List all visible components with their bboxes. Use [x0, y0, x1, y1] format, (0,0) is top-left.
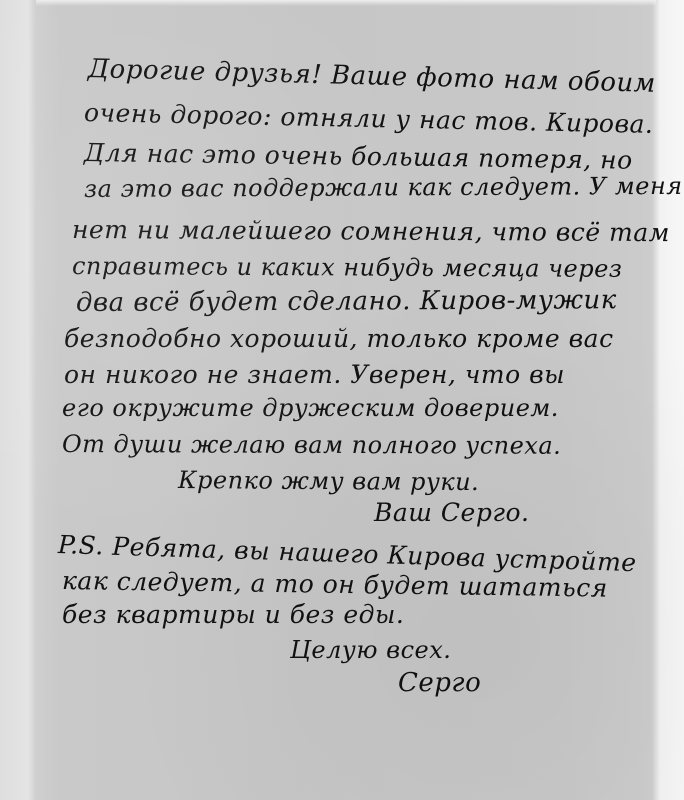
- letter-body-line: безподобно хороший, только кроме вас: [64, 324, 614, 353]
- letter-greeting: Дорогие друзья! Ваше фото нам обоим: [88, 54, 657, 99]
- letter-body-line: его окружите дружеским доверием.: [62, 394, 559, 422]
- letter-body-line: справитесь и каких нибудь месяца через: [72, 252, 623, 283]
- letter-body-line: очень дорого: отняли у нас тов. Кирова.: [84, 98, 654, 139]
- letter-body-line: Для нас это очень большая потеря, но: [84, 138, 633, 175]
- paper-top-edge: [36, 0, 656, 6]
- letter-final-signature: Серго: [398, 668, 481, 698]
- letter-body-line: От души желаю вам полного успеха.: [62, 430, 561, 460]
- letter-signature: Ваш Серго.: [374, 498, 529, 527]
- letter-body-line: он никого не знает. Уверен, что вы: [64, 360, 565, 389]
- postscript-line: как следует, а то он будет шататься: [62, 566, 608, 603]
- letter-page: Дорогие друзья! Ваше фото нам обоим очен…: [0, 0, 684, 800]
- letter-body-line: нет ни малейшего сомнения, что всё там: [72, 215, 670, 247]
- letter-farewell: Целую всех.: [290, 636, 451, 664]
- postscript-line: без квартиры и без еды.: [62, 600, 404, 629]
- letter-body-line: за это вас поддержали как следует. У мен…: [84, 172, 683, 203]
- letter-closing: Крепко жму вам руки.: [178, 466, 479, 496]
- letter-body-line: два всё будет сделано. Киров-мужик: [76, 285, 617, 318]
